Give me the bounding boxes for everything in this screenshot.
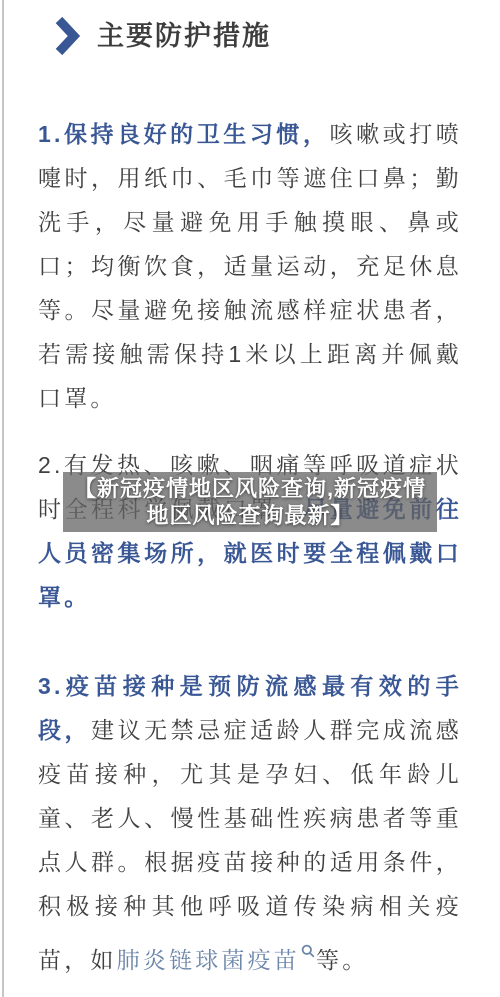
paragraph-body: 建议无禁忌症适龄人群完成流感疫苗接种，尤其是孕妇、低年龄儿童、老人、慢性基础性疾… xyxy=(38,717,462,973)
search-icon[interactable] xyxy=(301,928,315,942)
pneumococcal-vaccine-link[interactable]: 肺炎链球菌疫苗 xyxy=(117,947,300,973)
watermark-overlay: 【新冠疫情地区风险查询,新冠疫情地区风险查询最新】 xyxy=(63,472,437,532)
paragraph-body: 咳嗽或打喷嚏时，用纸巾、毛巾等遮住口鼻；勤洗手，尽量避免用手触摸眼、鼻或口；均衡… xyxy=(38,121,462,411)
section-title: 主要防护措施 xyxy=(97,16,271,56)
page-edge-line xyxy=(2,0,4,997)
paragraph-vaccine: 3.疫苗接种是预防流感最有效的手段，建议无禁忌症适龄人群完成流感疫苗接种，尤其是… xyxy=(38,664,462,982)
paragraph-lead: 1.保持良好的卫生习惯， xyxy=(38,121,330,147)
paragraph-tail: 等。 xyxy=(316,947,368,973)
chevron-right-icon xyxy=(54,16,80,56)
section-header: 主要防护措施 xyxy=(54,16,271,56)
paragraph-hygiene: 1.保持良好的卫生习惯，咳嗽或打喷嚏时，用纸巾、毛巾等遮住口鼻；勤洗手，尽量避免… xyxy=(38,112,462,420)
